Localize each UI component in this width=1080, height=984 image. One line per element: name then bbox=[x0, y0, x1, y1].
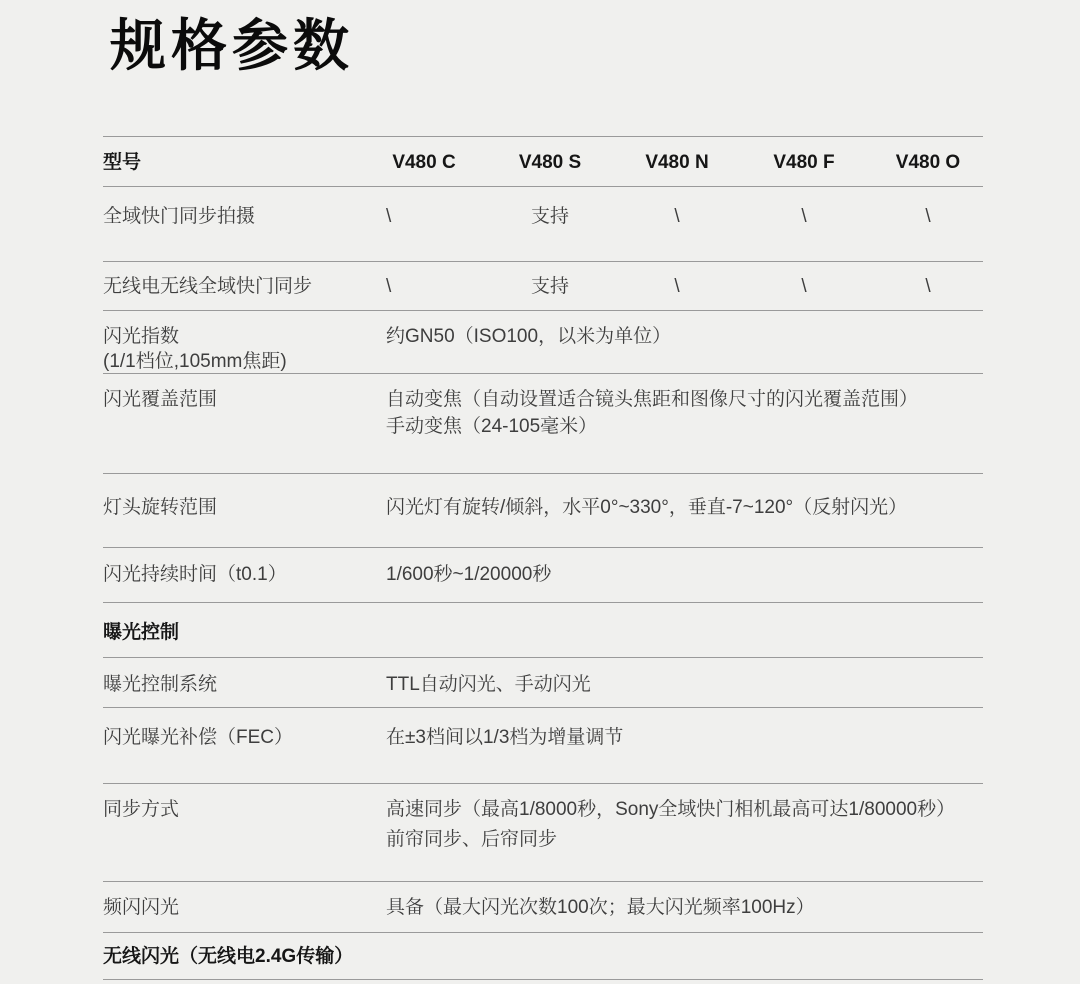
table-row: 闪光曝光补偿（FEC） 在±3档间以1/3档为增量调节 bbox=[103, 707, 983, 783]
table-row: 同步方式 高速同步（最高1/8000秒，Sony全域快门相机最高可达1/8000… bbox=[103, 783, 983, 881]
table-row: 闪光持续时间（t0.1） 1/600秒~1/20000秒 bbox=[103, 547, 983, 602]
model-name: V480 S bbox=[512, 150, 588, 175]
row-value: 自动变焦（自动设置适合镜头焦距和图像尺寸的闪光覆盖范围） bbox=[386, 386, 983, 413]
table-row: 全域快门同步拍摄 \ 支持 \ \ \ bbox=[103, 186, 983, 261]
model-value: \ bbox=[639, 204, 715, 229]
model-value: \ bbox=[890, 204, 966, 229]
row-value-line2: 前帘同步、后帘同步 bbox=[386, 825, 983, 855]
table-row: 无线电无线全域快门同步 \ 支持 \ \ \ bbox=[103, 261, 983, 310]
model-value: \ bbox=[639, 274, 715, 299]
model-value: \ bbox=[766, 204, 842, 229]
row-value-line2: 手动变焦（24-105毫米） bbox=[386, 413, 983, 440]
model-value: \ bbox=[386, 274, 462, 299]
row-label: 无线电无线全域快门同步 bbox=[103, 274, 386, 310]
spec-table: 型号 V480 C V480 S V480 N V480 F V480 O 全域… bbox=[103, 136, 983, 980]
row-value: 闪光灯有旋转/倾斜，水平0°~330°，垂直-7~120°（反射闪光） bbox=[386, 495, 983, 547]
row-label: 闪光曝光补偿（FEC） bbox=[103, 725, 386, 783]
row-label: 闪光指数 bbox=[103, 324, 386, 349]
row-label: 频闪闪光 bbox=[103, 895, 386, 932]
section-label: 曝光控制 bbox=[103, 620, 983, 657]
model-value: 支持 bbox=[512, 274, 588, 299]
row-value: 1/600秒~1/20000秒 bbox=[386, 562, 983, 602]
section-label: 无线闪光（无线电2.4G传输） bbox=[103, 944, 983, 979]
header-label: 型号 bbox=[103, 150, 386, 186]
row-value: 具备（最大闪光次数100次；最大闪光频率100Hz） bbox=[386, 895, 983, 932]
row-label: 同步方式 bbox=[103, 795, 386, 881]
row-label-line2: (1/1档位,105mm焦距) bbox=[103, 349, 386, 374]
row-label: 灯头旋转范围 bbox=[103, 495, 386, 547]
row-label: 闪光覆盖范围 bbox=[103, 386, 386, 473]
model-value: 支持 bbox=[512, 204, 588, 229]
row-label: 曝光控制系统 bbox=[103, 672, 386, 707]
table-row: 灯头旋转范围 闪光灯有旋转/倾斜，水平0°~330°，垂直-7~120°（反射闪… bbox=[103, 473, 983, 547]
row-value: TTL自动闪光、手动闪光 bbox=[386, 672, 983, 707]
table-row: 频闪闪光 具备（最大闪光次数100次；最大闪光频率100Hz） bbox=[103, 881, 983, 932]
row-label: 闪光持续时间（t0.1） bbox=[103, 562, 386, 602]
table-row: 闪光覆盖范围 自动变焦（自动设置适合镜头焦距和图像尺寸的闪光覆盖范围） 手动变焦… bbox=[103, 373, 983, 473]
table-section-row: 曝光控制 bbox=[103, 602, 983, 657]
table-row: 曝光控制系统 TTL自动闪光、手动闪光 bbox=[103, 657, 983, 707]
row-label: 全域快门同步拍摄 bbox=[103, 204, 386, 261]
row-value: 在±3档间以1/3档为增量调节 bbox=[386, 725, 983, 783]
table-section-row: 无线闪光（无线电2.4G传输） bbox=[103, 932, 983, 979]
model-name: V480 O bbox=[890, 150, 966, 175]
row-value: 约GN50（ISO100，以米为单位） bbox=[386, 324, 983, 373]
model-value: \ bbox=[766, 274, 842, 299]
model-name: V480 N bbox=[639, 150, 715, 175]
model-value: \ bbox=[890, 274, 966, 299]
model-name: V480 C bbox=[386, 150, 462, 175]
model-name: V480 F bbox=[766, 150, 842, 175]
row-value: 高速同步（最高1/8000秒，Sony全域快门相机最高可达1/80000秒） bbox=[386, 795, 983, 825]
model-value: \ bbox=[386, 204, 462, 229]
table-row: 闪光指数 (1/1档位,105mm焦距) 约GN50（ISO100，以米为单位） bbox=[103, 310, 983, 373]
table-header-row: 型号 V480 C V480 S V480 N V480 F V480 O bbox=[103, 136, 983, 186]
page-title: 规格参数 bbox=[110, 10, 354, 82]
spec-page: 规格参数 型号 V480 C V480 S V480 N V480 F V480… bbox=[0, 0, 1080, 984]
